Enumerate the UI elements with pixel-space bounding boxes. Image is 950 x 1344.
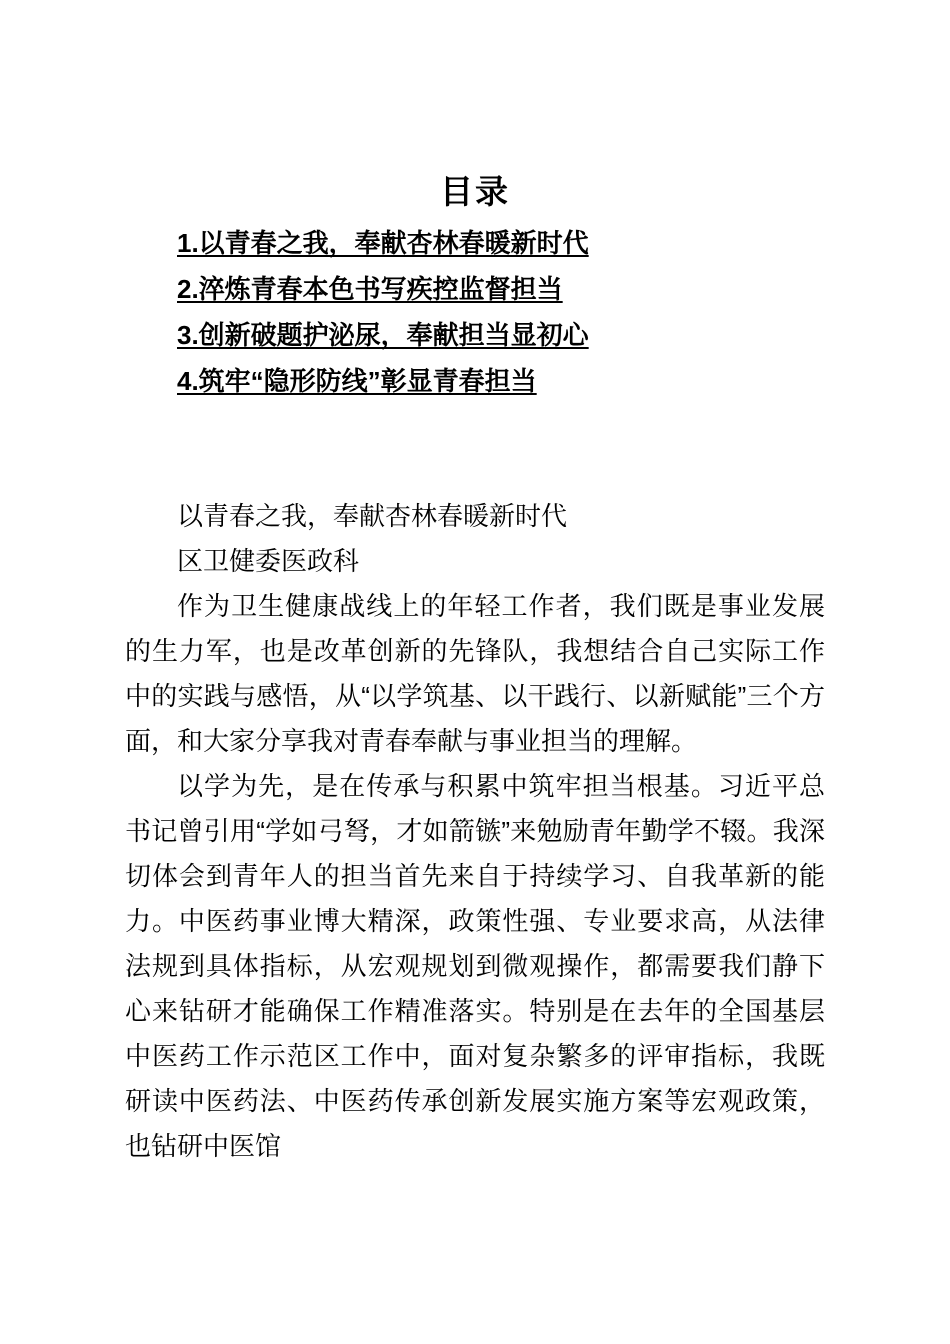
article-title: 以青春之我，奉献杏林春暖新时代 <box>125 494 825 539</box>
toc: 1.以青春之我，奉献杏林春暖新时代 2.淬炼青春本色书写疾控监督担当 3.创新破… <box>125 220 825 404</box>
article-paragraph-1: 作为卫生健康战线上的年轻工作者，我们既是事业发展的生力军，也是改革创新的先锋队，… <box>125 584 825 764</box>
article: 以青春之我，奉献杏林春暖新时代 区卫健委医政科 作为卫生健康战线上的年轻工作者，… <box>125 494 825 1169</box>
document-content: 目录 1.以青春之我，奉献杏林春暖新时代 2.淬炼青春本色书写疾控监督担当 3.… <box>125 170 825 1169</box>
toc-item-3[interactable]: 3.创新破题护泌尿，奉献担当显初心 <box>125 312 825 358</box>
article-paragraph-2: 以学为先，是在传承与积累中筑牢担当根基。习近平总书记曾引用“学如弓弩，才如箭镞”… <box>125 764 825 1169</box>
toc-item-1[interactable]: 1.以青春之我，奉献杏林春暖新时代 <box>125 220 825 266</box>
document-page: 目录 1.以青春之我，奉献杏林春暖新时代 2.淬炼青春本色书写疾控监督担当 3.… <box>0 0 950 1344</box>
toc-heading: 目录 <box>125 170 825 214</box>
toc-item-4[interactable]: 4.筑牢“隐形防线”彰显青春担当 <box>125 358 825 404</box>
toc-item-2[interactable]: 2.淬炼青春本色书写疾控监督担当 <box>125 266 825 312</box>
article-author-unit: 区卫健委医政科 <box>125 539 825 584</box>
